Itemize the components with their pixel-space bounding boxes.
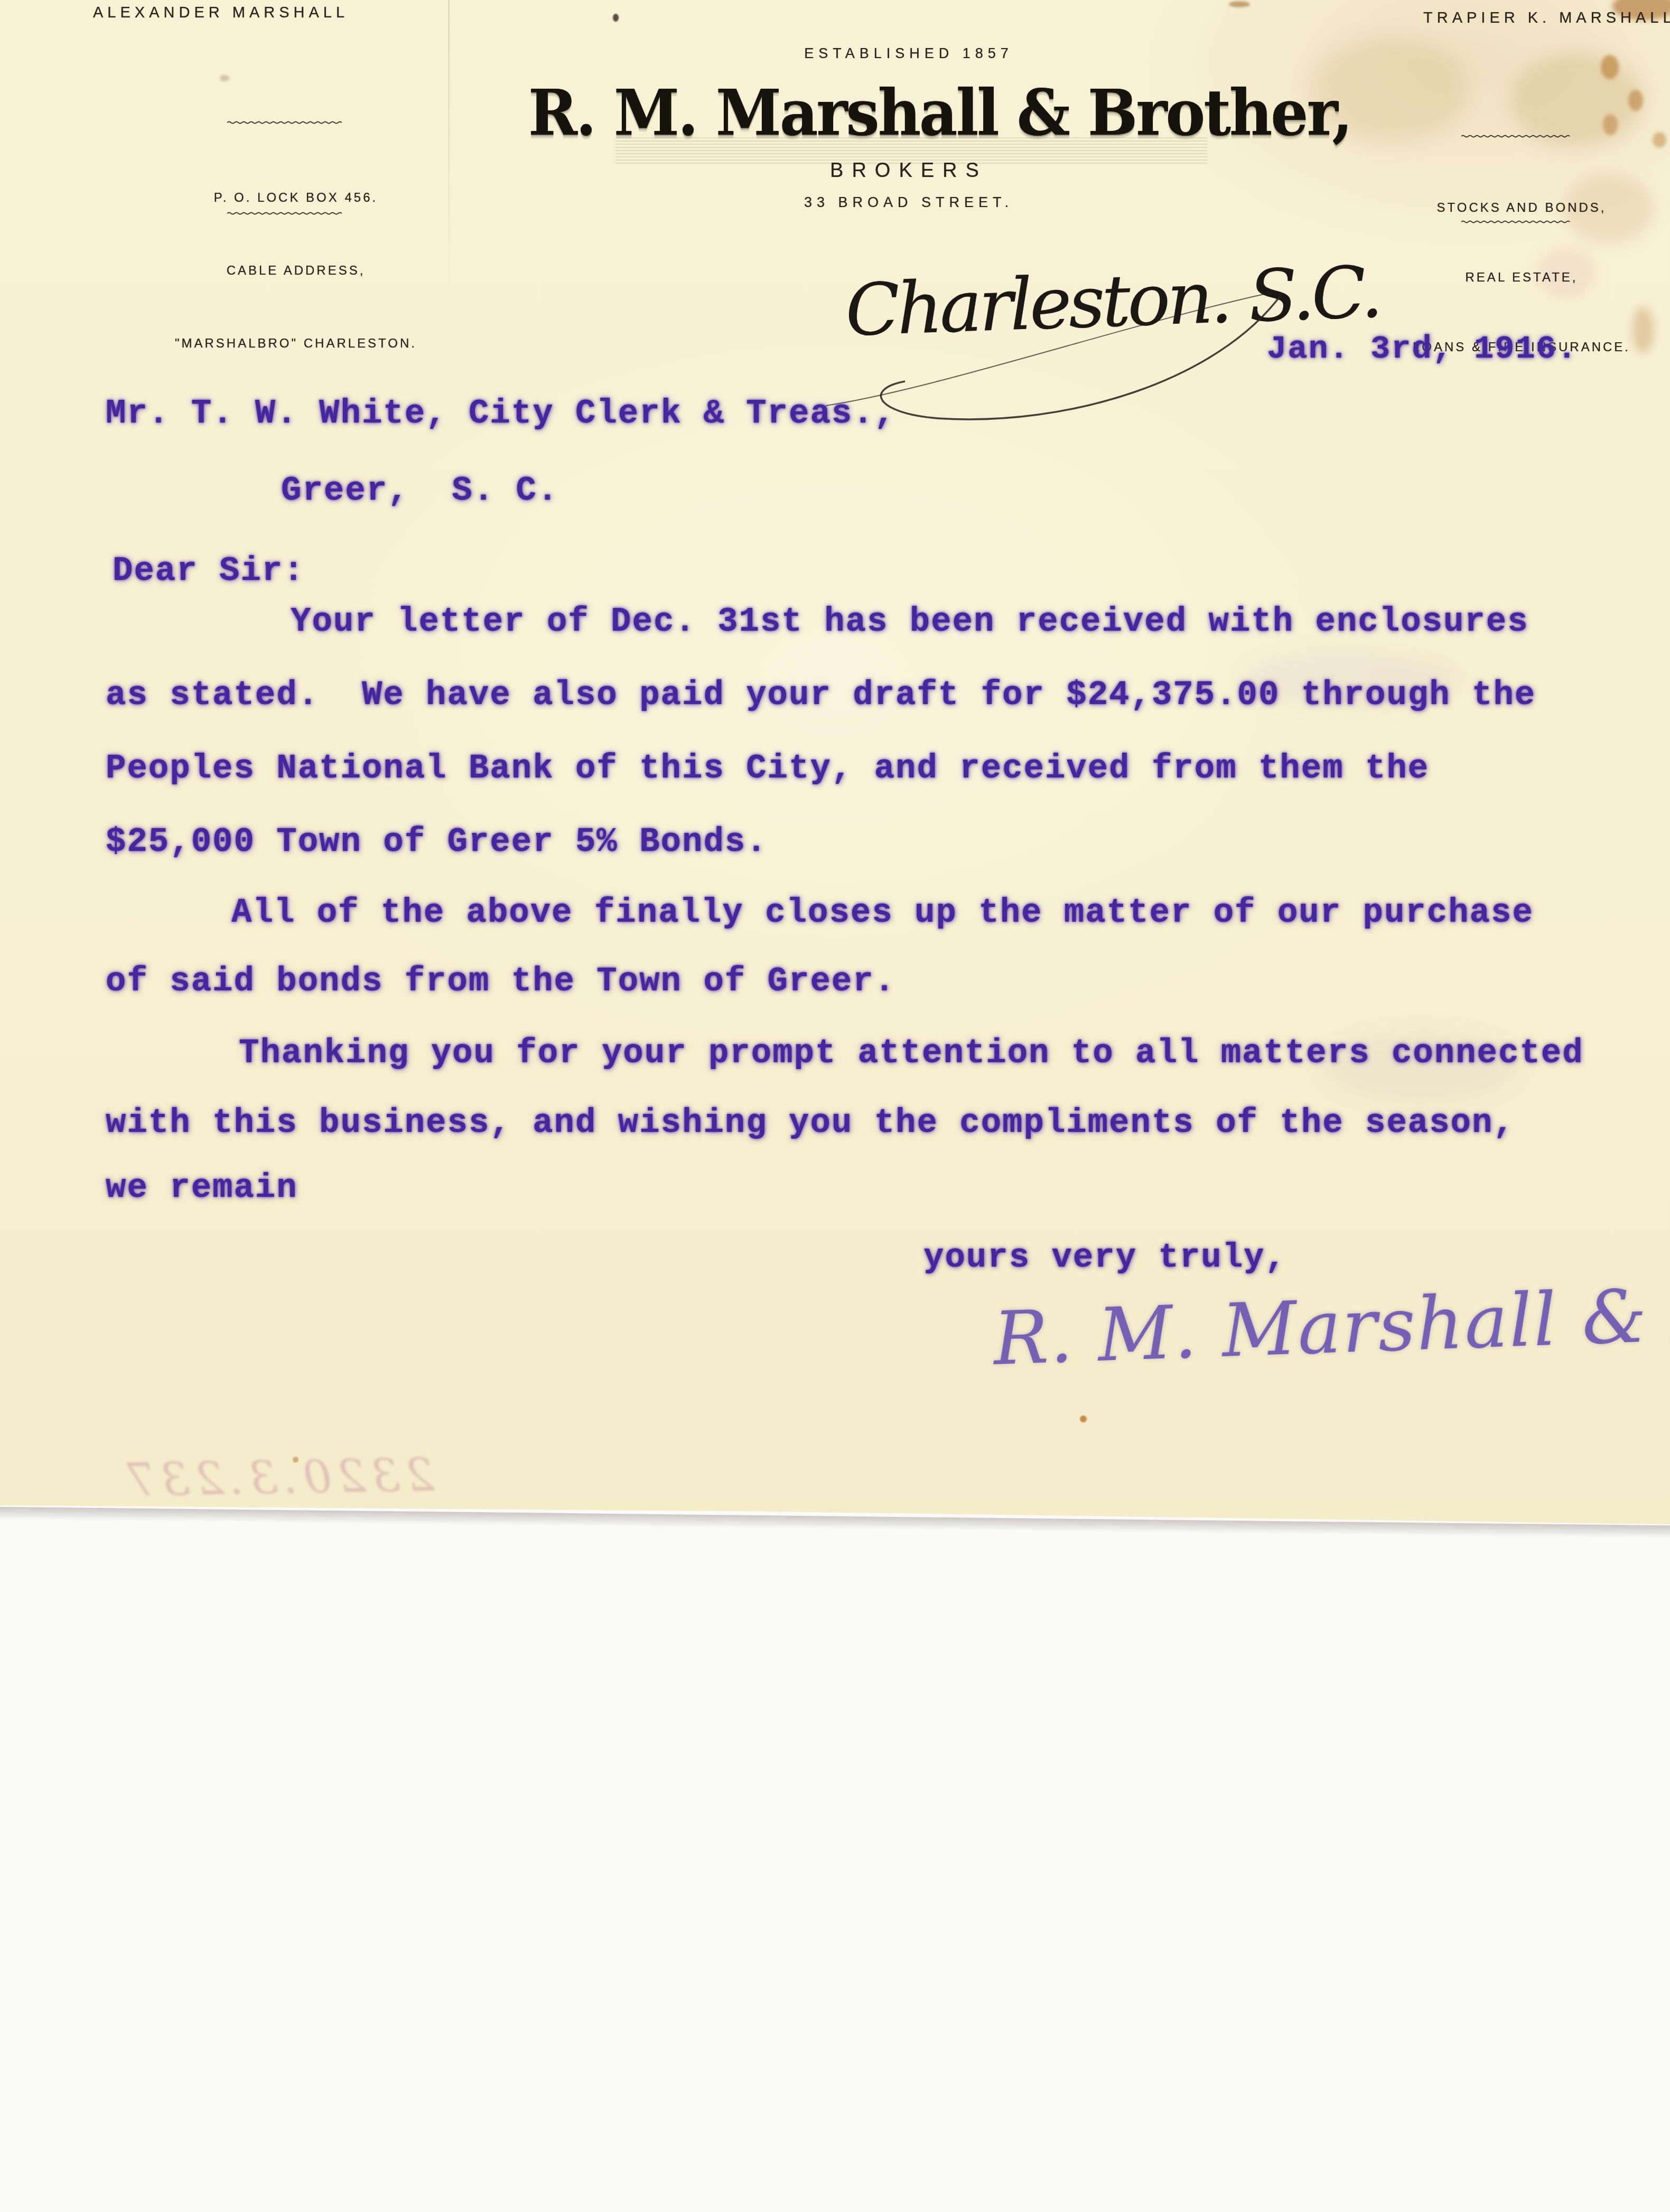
paragraph1-line4: $25,000 Town of Greer 5% Bonds. [106, 826, 768, 859]
contact-line-cable-name: "MARSHALBRO" CHARLESTON. [158, 332, 433, 356]
paragraph3-line1: Thanking you for your prompt attention t… [239, 1037, 1584, 1071]
paragraph2-line1: All of the above finally closes up the m… [231, 896, 1534, 930]
services-line-realestate: REAL ESTATE, [1374, 266, 1669, 289]
partner-name-left: ALEXANDER MARSHALL [93, 4, 349, 22]
foxing-stain [1511, 53, 1643, 148]
contact-block: P. O. LOCK BOX 456. CABLE ADDRESS, "MARS… [158, 137, 433, 405]
scanned-letter-page: ALEXANDER MARSHALL TRAPIER K. MARSHALL E… [0, 0, 1670, 2212]
ink-speck [613, 14, 619, 22]
contact-line-pobox: P. O. LOCK BOX 456. [158, 186, 433, 210]
recipient-name-line: Mr. T. W. White, City Clerk & Treas., [106, 397, 895, 431]
divider-squiggle [227, 211, 346, 215]
signature-handwritten: R. M. Marshall & Bro [992, 1268, 1670, 1382]
divider-squiggle [1461, 220, 1574, 224]
paragraph1-line3: Peoples National Bank of this City, and … [106, 752, 1429, 786]
paragraph3-line2: with this business, and wishing you the … [106, 1107, 1515, 1140]
rust-stain [1653, 132, 1666, 148]
contact-line-cable: CABLE ADDRESS, [158, 259, 433, 283]
street-address: 33 BROAD STREET. [750, 194, 1067, 211]
paragraph1-line1: Your letter of Dec. 31st has been receiv… [291, 605, 1529, 639]
divider-squiggle [227, 120, 346, 125]
letter-paper: ALEXANDER MARSHALL TRAPIER K. MARSHALL E… [0, 0, 1670, 1532]
services-line-stocks: STOCKS AND BONDS, [1374, 196, 1669, 220]
established-line: ESTABLISHED 1857 [750, 45, 1067, 62]
company-role: BROKERS [750, 160, 1067, 182]
divider-squiggle [1461, 134, 1574, 138]
rust-speck [1229, 1, 1250, 7]
paragraph1-line2: as stated. We have also paid your draft … [106, 679, 1536, 713]
rust-speck [1080, 1416, 1087, 1422]
paragraph3-line3: we remain [106, 1171, 298, 1205]
paper-crease [448, 0, 450, 296]
paragraph2-line2: of said bonds from the Town of Greer. [106, 965, 895, 999]
bleedthrough-number: 2320.3.237 [121, 1449, 435, 1507]
date-line: Jan. 3rd, 1916. [1267, 333, 1578, 365]
valediction: yours very truly, [923, 1241, 1286, 1275]
partner-name-right: TRAPIER K. MARSHALL [1423, 10, 1670, 27]
salutation: Dear Sir: [113, 555, 305, 588]
recipient-city-line: Greer, S. C. [281, 474, 558, 508]
rust-speck [220, 75, 229, 81]
